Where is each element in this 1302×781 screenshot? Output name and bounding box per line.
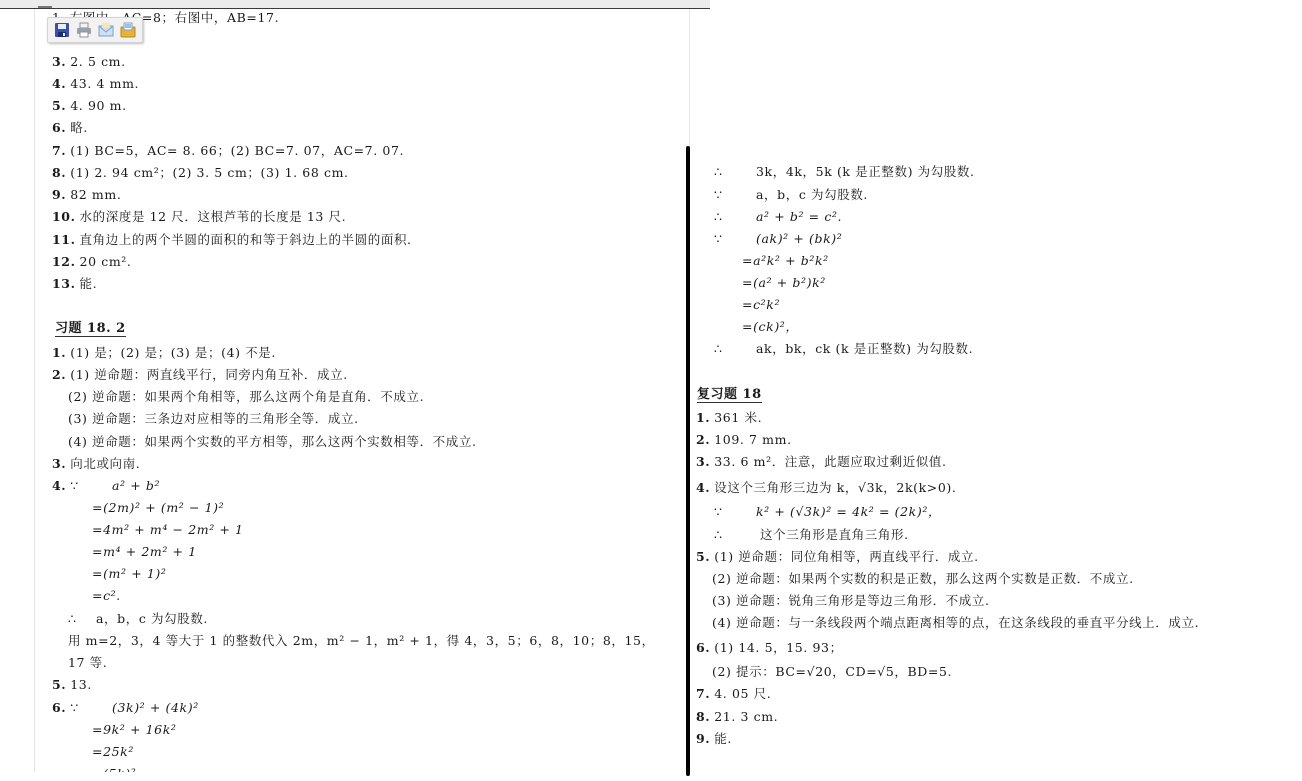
window-top-bar	[0, 0, 710, 9]
answer-text: 109. 7 mm.	[714, 432, 791, 447]
answer-number: 1.	[696, 410, 710, 425]
answer-number: 3.	[696, 454, 710, 469]
print-icon	[76, 22, 92, 38]
answer-item: 5.13.	[52, 677, 92, 693]
equation-line: =4m² + m⁴ − 2m² + 1	[92, 522, 244, 538]
equation-line: a² + b²	[112, 478, 160, 494]
answer-text: (1) 14. 5，15. 93；	[714, 640, 842, 655]
equation-line: =9k² + 16k²	[92, 722, 177, 738]
answer-item: 6.略.	[52, 120, 88, 136]
answer-text: 4. 05 尺.	[714, 686, 771, 701]
proof-line: 3k，4k，5k (k 是正整数) 为勾股数.	[756, 164, 975, 180]
because-symbol: ∵	[70, 700, 79, 715]
print-button[interactable]	[75, 21, 93, 39]
answer-number: 6.	[52, 700, 66, 715]
answer-number: 2.	[696, 432, 710, 447]
answer-item: 8.21. 3 cm.	[696, 709, 778, 725]
answer-item: 2.(1) 逆命题：两直线平行，同旁内角互补．成立.	[52, 367, 348, 383]
answer-item: 10.水的深度是 12 尺．这根芦苇的长度是 13 尺.	[52, 209, 346, 225]
answer-subitem: (4) 逆命题：如果两个实数的平方相等，那么这两个实数相等．不成立.	[68, 434, 477, 450]
answer-subitem: (4) 逆命题：与一条线段两个端点距离相等的点，在这条线段的垂直平分线上．成立.	[712, 615, 1199, 631]
proof-symbol: ∴	[714, 341, 723, 357]
window-handle	[38, 0, 52, 8]
email-icon	[98, 22, 114, 38]
answer-text: (1) 是；(2) 是；(3) 是；(4) 不是.	[70, 345, 276, 360]
answer-number: 5.	[696, 549, 710, 564]
answer-item: 4.43. 4 mm.	[52, 76, 139, 92]
answer-number: 4.∵	[52, 478, 79, 494]
answer-number: 3.	[52, 456, 66, 471]
answer-item: 5.4. 90 m.	[52, 98, 127, 114]
equation-line: =25k²	[92, 744, 134, 760]
proof-line: =c²k²	[742, 297, 780, 313]
answer-number: 1.	[52, 345, 66, 360]
answer-text: 能.	[714, 731, 732, 746]
answer-subitem: (2) 逆命题：如果两个实数的积是正数，那么这两个实数是正数．不成立.	[712, 571, 1134, 587]
save-icon	[54, 22, 70, 38]
answer-item: 6.(1) 14. 5，15. 93；	[696, 640, 843, 656]
answer-number: 12.	[52, 254, 76, 269]
answer-item: 3.2. 5 cm.	[52, 54, 126, 70]
therefore-symbol: ∴	[68, 611, 77, 627]
answer-number: 13.	[52, 276, 76, 291]
equation-line: (3k)² + (4k)²	[112, 700, 199, 716]
answer-item: 1.361 米.	[696, 410, 762, 426]
answer-number: 11.	[52, 232, 76, 247]
answer-number: 9.	[52, 187, 66, 202]
equation-line: =c².	[92, 588, 121, 604]
answer-text: (1) 2. 94 cm²；(2) 3. 5 cm；(3) 1. 68 cm.	[70, 165, 348, 180]
answer-text: 设这个三角形三边为 k，√3k，2k(k>0).	[714, 480, 956, 495]
answer-text: 361 米.	[714, 410, 762, 425]
answer-item: 3.向北或向南.	[52, 456, 140, 472]
floating-toolbar	[47, 17, 143, 43]
answer-item: 7.4. 05 尺.	[696, 686, 771, 702]
column-divider	[686, 146, 690, 776]
proof-line: ak，bk，ck (k 是正整数) 为勾股数.	[756, 341, 973, 357]
answer-item: 7.(1) BC=5，AC= 8. 66；(2) BC=7. 07，AC=7. …	[52, 143, 404, 159]
answer-number: 3.	[52, 54, 66, 69]
proof-line: (ak)² + (bk)²	[756, 231, 842, 247]
answer-subitem: (3) 逆命题：三条边对应相等的三角形全等．成立.	[68, 411, 359, 427]
answer-subitem: (3) 逆命题：锐角三角形是等边三角形．不成立.	[712, 593, 990, 609]
proof-line: a，b，c 为勾股数.	[756, 187, 868, 203]
answer-text: 21. 3 cm.	[714, 709, 778, 724]
answer-text: 4. 90 m.	[70, 98, 126, 113]
answer-number: 2.	[52, 367, 66, 382]
answer-number: 9.	[696, 731, 710, 746]
answer-number: 7.	[52, 143, 66, 158]
answer-item: 11.直角边上的两个半圆的面积的和等于斜边上的半圆的面积.	[52, 232, 412, 248]
email-button[interactable]	[97, 21, 115, 39]
answer-item: 12.20 cm².	[52, 254, 131, 270]
answer-text: 82 mm.	[70, 187, 121, 202]
answer-item: 5.(1) 逆命题：同位角相等，两直线平行．成立.	[696, 549, 979, 565]
proof-symbol: ∵	[714, 504, 723, 520]
equation-line: =m⁴ + 2m² + 1	[92, 544, 197, 560]
answer-subitem: (2) 逆命题：如果两个角相等，那么这两个角是直角．不成立.	[68, 389, 424, 405]
answer-text: 略.	[70, 120, 88, 135]
answer-number: 8.	[696, 709, 710, 724]
answer-text: 43. 4 mm.	[70, 76, 139, 91]
answer-text: 20 cm².	[80, 254, 132, 269]
answer-item: 3.33. 6 m²．注意，此题应取过剩近似值.	[696, 454, 947, 470]
answer-number: 6.	[52, 120, 66, 135]
answer-text: 向北或向南.	[70, 456, 140, 471]
answer-number: 4.	[696, 480, 710, 495]
proof-symbol: ∴	[714, 527, 723, 543]
conclusion-text: a，b，c 为勾股数.	[96, 611, 208, 627]
answer-item: 9.82 mm.	[52, 187, 121, 203]
answer-item: 8.(1) 2. 94 cm²；(2) 3. 5 cm；(3) 1. 68 cm…	[52, 165, 349, 181]
section-heading-review-18: 复习题 18	[697, 387, 762, 403]
save-button[interactable]	[53, 21, 71, 39]
answer-text: 33. 6 m²．注意，此题应取过剩近似值.	[714, 454, 946, 469]
answer-number: 8.	[52, 165, 66, 180]
answer-subitem: (2) 提示：BC=√20，CD=√5，BD=5.	[712, 664, 952, 680]
proof-symbol: ∵	[714, 187, 723, 203]
proof-line: a² + b² = c².	[756, 209, 842, 225]
answer-text: 13.	[70, 677, 92, 692]
answer-number: 6.	[696, 640, 710, 655]
answer-number: 4.	[52, 478, 66, 493]
equation-line: =(2m)² + (m² − 1)²	[92, 500, 224, 516]
answer-item: 2.109. 7 mm.	[696, 432, 792, 448]
note-text: 用 m=2，3，4 等大于 1 的整数代入 2m，m² − 1，m² + 1，得…	[68, 633, 655, 649]
proof-symbol: ∵	[714, 231, 723, 247]
answer-item: 13.能.	[52, 276, 97, 292]
export-icon	[120, 22, 136, 38]
answer-number: 5.	[52, 98, 66, 113]
answer-item: 4.设这个三角形三边为 k，√3k，2k(k>0).	[696, 480, 956, 496]
proof-symbol: ∴	[714, 209, 723, 225]
answer-text: 能.	[80, 276, 98, 291]
export-button[interactable]	[119, 21, 137, 39]
answer-text: (1) BC=5，AC= 8. 66；(2) BC=7. 07，AC=7. 07…	[70, 143, 404, 158]
answer-number: 5.	[52, 677, 66, 692]
answer-number: 10.	[52, 209, 76, 224]
note-text: 17 等.	[68, 655, 107, 671]
proof-line: =(ck)²，	[742, 319, 799, 335]
answer-number: 7.	[696, 686, 710, 701]
answer-text: (1) 逆命题：同位角相等，两直线平行．成立.	[714, 549, 978, 564]
proof-line: k² + (√3k)² = 4k² = (2k)²，	[756, 504, 941, 520]
answer-number: 4.	[52, 76, 66, 91]
proof-line: =(a² + b²)k²	[742, 275, 826, 291]
answer-text: 直角边上的两个半圆的面积的和等于斜边上的半圆的面积.	[80, 232, 412, 247]
answer-text: (1) 逆命题：两直线平行，同旁内角互补．成立.	[70, 367, 348, 382]
proof-line: 这个三角形是直角三角形.	[760, 527, 909, 543]
answer-item: 9.能.	[696, 731, 732, 747]
answer-item: 1.(1) 是；(2) 是；(3) 是；(4) 不是.	[52, 345, 276, 361]
answer-number: 6.∵	[52, 700, 79, 716]
because-symbol: ∵	[70, 478, 79, 493]
answer-text: 2. 5 cm.	[70, 54, 125, 69]
proof-line: =a²k² + b²k²	[742, 253, 829, 269]
proof-symbol: ∴	[714, 164, 723, 180]
answer-text: 水的深度是 12 尺．这根芦苇的长度是 13 尺.	[80, 209, 347, 224]
equation-line: =(m² + 1)²	[92, 566, 166, 582]
section-heading-exercise-18-2: 习题 18. 2	[55, 321, 126, 337]
equation-line-partial: =(5k)²	[92, 766, 136, 772]
